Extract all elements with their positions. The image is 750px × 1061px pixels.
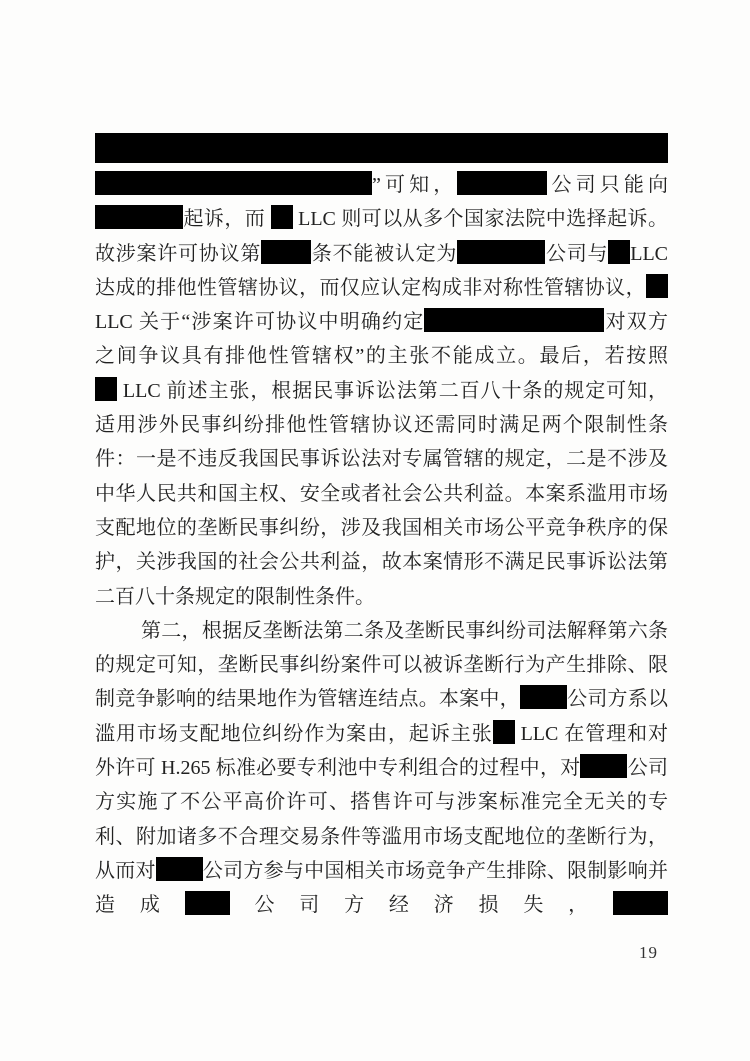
text-segment: 制竞争影响的结果地作为管辖连结点。本案中， <box>95 688 520 710</box>
document-page: ”可知，公司只能向起诉，而 LLC 则可以从多个国家法院中选择起诉。故涉案许可协… <box>0 0 750 1061</box>
redaction-bar <box>457 171 547 195</box>
text-segment: 对双方 <box>604 311 668 333</box>
text-segment: 故涉案许可协议第 <box>95 243 261 265</box>
text-line: 第二，根据反垄断法第二条及垄断民事纠纷司法解释第六条 <box>95 614 668 648</box>
text-line: 中华人民共和国主权、安全或者社会公共利益。本案系滥用市场 <box>95 477 668 511</box>
text-line: 护，关涉我国的社会公共利益，故本案情形不满足民事诉讼法第 <box>95 545 668 579</box>
text-segment: LLC 则可以从多个国家法院中选择起诉。 <box>293 208 668 230</box>
text-segment: 支配地位的垄断民事纠纷，涉及我国相关市场公平竞争秩序的保 <box>95 517 668 539</box>
text-line: 之间争议具有排他性管辖权”的主张不能成立。最后，若按照 <box>95 339 668 373</box>
text-segment: 造成 <box>95 894 185 916</box>
text-segment: LLC 前述主张，根据民事诉讼法第二百八十条的规定可知， <box>117 380 668 402</box>
text-line: 制竞争影响的结果地作为管辖连结点。本案中，公司方系以 <box>95 682 668 716</box>
redaction-bar <box>261 240 311 264</box>
text-segment: 利、附加诸多不合理交易条件等滥用市场支配地位的垄断行为， <box>95 826 668 848</box>
redaction-bar <box>493 720 515 744</box>
text-segment: 从而对 <box>95 860 156 882</box>
text-line: 件：一是不违反我国民事诉讼法对专属管辖的规定，二是不涉及 <box>95 442 668 476</box>
text-segment: LLC 关于“涉案许可协议中明确约定 <box>95 311 424 333</box>
text-segment: 护，关涉我国的社会公共利益，故本案情形不满足民事诉讼法第 <box>95 551 668 573</box>
text-segment: 件：一是不违反我国民事诉讼法对专属管辖的规定，二是不涉及 <box>95 448 668 470</box>
text-segment: 起诉，而 <box>183 208 271 230</box>
text-line: 支配地位的垄断民事纠纷，涉及我国相关市场公平竞争秩序的保 <box>95 511 668 545</box>
text-segment: 公司方经济损失， <box>230 894 613 916</box>
text-line: LLC 关于“涉案许可协议中明确约定对双方 <box>95 305 668 339</box>
redaction-bar <box>95 377 117 401</box>
text-line: LLC 前述主张，根据民事诉讼法第二百八十条的规定可知， <box>95 374 668 408</box>
text-line: 达成的排他性管辖协议，而仅应认定构成非对称性管辖协议， <box>95 271 668 305</box>
text-segment: ”可知， <box>372 174 457 196</box>
text-segment: 外许可 H.265 标准必要专利池中专利组合的过程中，对 <box>95 757 580 779</box>
text-segment: 二百八十条规定的限制性条件。 <box>95 586 375 608</box>
text-segment: 公司方系以 <box>567 688 668 710</box>
text-segment: 公司与 <box>545 243 608 265</box>
text-line: 方实施了不公平高价许可、搭售许可与涉案标准完全无关的专 <box>95 785 668 819</box>
text-segment: 之间争议具有排他性管辖权”的主张不能成立。最后，若按照 <box>95 345 668 367</box>
text-segment: 公司方参与中国相关市场竞争产生排除、限制影响并 <box>203 860 668 882</box>
text-line: 造成公司方经济损失，公司方为此向一审法院提供了相 <box>95 888 668 922</box>
text-line: 起诉，而 LLC 则可以从多个国家法院中选择起诉。 <box>95 202 668 236</box>
redaction-bar <box>608 240 630 264</box>
text-segment: 第二，根据反垄断法第二条及垄断民事纠纷司法解释第六条 <box>141 620 668 642</box>
redaction-bar <box>95 205 183 229</box>
redaction-bar <box>271 205 293 229</box>
text-line: 适用涉外民事纠纷排他性管辖协议还需同时满足两个限制性条 <box>95 408 668 442</box>
text-segment: 达成的排他性管辖协议，而仅应认定构成非对称性管辖协议， <box>95 277 646 299</box>
text-line: 从而对公司方参与中国相关市场竞争产生排除、限制影响并 <box>95 854 668 888</box>
text-segment: 滥用市场支配地位纠纷作为案由，起诉主张 <box>95 723 493 745</box>
top-redaction-block <box>95 133 668 163</box>
text-line: 故涉案许可协议第条不能被认定为公司与LLC <box>95 237 668 271</box>
redaction-bar <box>156 857 203 881</box>
text-segment: 公司 <box>627 757 668 779</box>
redaction-bar <box>646 274 668 298</box>
text-line: 外许可 H.265 标准必要专利池中专利组合的过程中，对公司 <box>95 751 668 785</box>
text-segment: 方实施了不公平高价许可、搭售许可与涉案标准完全无关的专 <box>95 791 668 813</box>
page-number: 19 <box>639 943 658 963</box>
text-segment: 条不能被认定为 <box>311 243 457 265</box>
text-segment: LLC 在管理和对 <box>515 723 668 745</box>
redaction-bar <box>424 308 604 332</box>
redaction-bar <box>520 685 567 709</box>
text-line: 的规定可知，垄断民事纠纷案件可以被诉垄断行为产生排除、限 <box>95 648 668 682</box>
redaction-bar <box>457 240 545 264</box>
redaction-bar <box>580 754 627 778</box>
redaction-bar <box>95 171 372 195</box>
text-lines-container: ”可知，公司只能向起诉，而 LLC 则可以从多个国家法院中选择起诉。故涉案许可协… <box>95 168 668 923</box>
text-line: 利、附加诸多不合理交易条件等滥用市场支配地位的垄断行为， <box>95 820 668 854</box>
text-segment: 的规定可知，垄断民事纠纷案件可以被诉垄断行为产生排除、限 <box>95 654 668 676</box>
text-line: ”可知，公司只能向 <box>95 168 668 202</box>
text-segment: 公司只能向 <box>547 174 668 196</box>
redaction-bar <box>185 891 230 915</box>
judgment-text-body: ”可知，公司只能向起诉，而 LLC 则可以从多个国家法院中选择起诉。故涉案许可协… <box>95 133 668 923</box>
text-segment: 适用涉外民事纠纷排他性管辖协议还需同时满足两个限制性条 <box>95 414 668 436</box>
text-segment: LLC <box>630 243 668 265</box>
text-line: 滥用市场支配地位纠纷作为案由，起诉主张 LLC 在管理和对 <box>95 717 668 751</box>
redaction-bar <box>613 891 668 915</box>
text-line: 二百八十条规定的限制性条件。 <box>95 580 668 614</box>
text-segment: 中华人民共和国主权、安全或者社会公共利益。本案系滥用市场 <box>95 483 668 505</box>
